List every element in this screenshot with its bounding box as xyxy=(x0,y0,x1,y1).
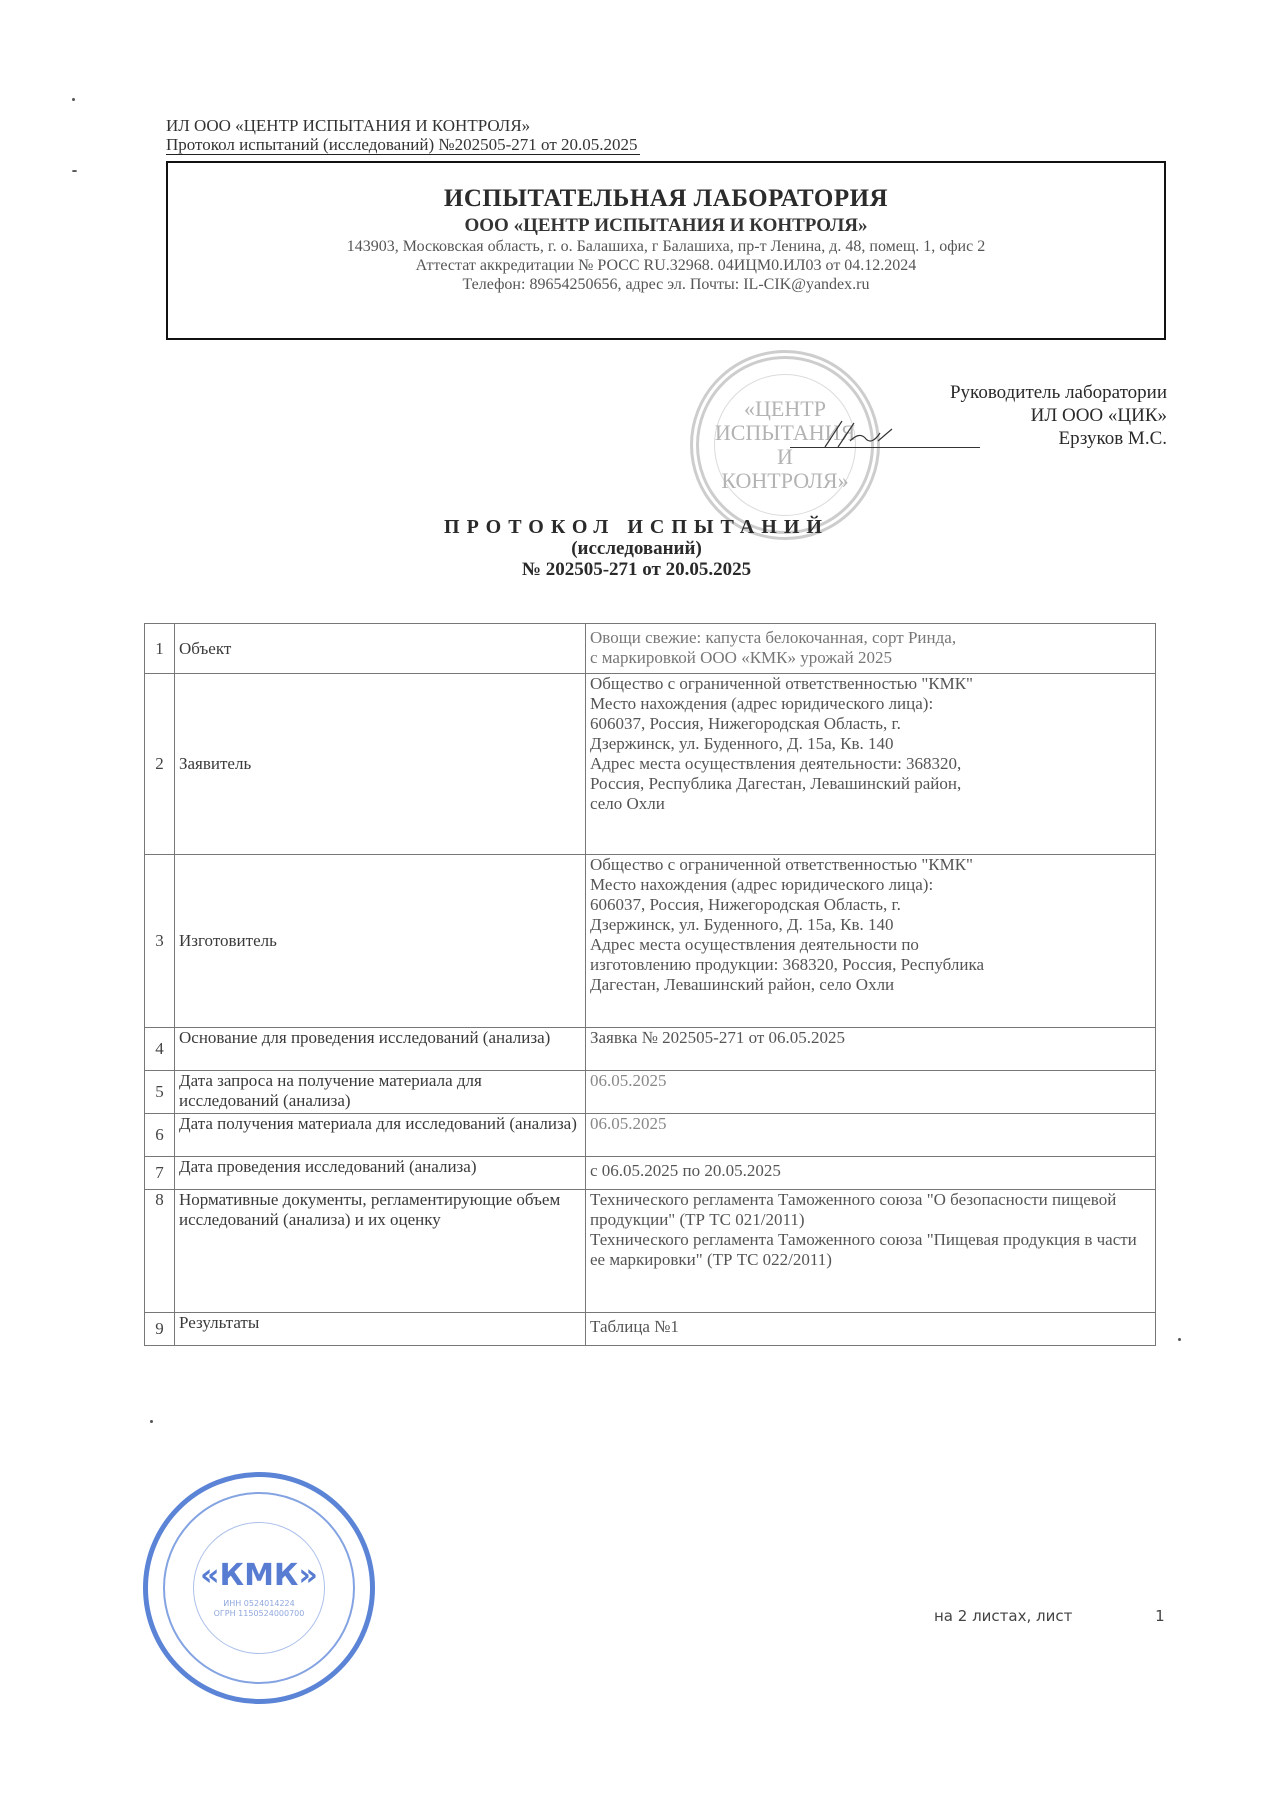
lab-accreditation: Аттестат аккредитации № РОСС RU.32968. 0… xyxy=(168,256,1164,275)
scan-speck xyxy=(72,170,77,172)
row-label: Дата запроса на получение материала для … xyxy=(175,1071,586,1114)
approver-name: Ерзуков М.С. xyxy=(950,427,1167,450)
protocol-title-block: ПРОТОКОЛ ИСПЫТАНИЙ (исследований) № 2025… xyxy=(0,516,1273,581)
row-number: 4 xyxy=(145,1028,175,1071)
table-row: 2 Заявитель Общество с ограниченной отве… xyxy=(145,674,1156,855)
row-number: 2 xyxy=(145,674,175,855)
signature-icon xyxy=(820,419,900,449)
row-value: с 06.05.2025 по 20.05.2025 xyxy=(586,1157,1156,1190)
table-row: 8 Нормативные документы, регламентирующи… xyxy=(145,1190,1156,1313)
approval-signature-block: Руководитель лаборатории ИЛ ООО «ЦИК» Ер… xyxy=(950,381,1167,450)
row-label: Дата получения материала для исследовани… xyxy=(175,1114,586,1157)
row-value: Общество с ограниченной ответственностью… xyxy=(586,674,1156,855)
row-value: Овощи свежие: капуста белокочанная, сорт… xyxy=(586,624,1156,674)
row-label: Объект xyxy=(175,624,586,674)
kmk-company-stamp: РОССИЙСКАЯ ФЕДЕРАЦИЯ • ОБЩЕСТВО С ОГРАНИ… xyxy=(143,1472,375,1704)
row-value: 06.05.2025 xyxy=(586,1071,1156,1114)
scan-speck xyxy=(1178,1338,1181,1341)
row-number: 5 xyxy=(145,1071,175,1114)
row-label: Основание для проведения исследований (а… xyxy=(175,1028,586,1071)
row-number: 6 xyxy=(145,1114,175,1157)
lab-contacts: Телефон: 89654250656, адрес эл. Почты: I… xyxy=(168,275,1164,294)
row-label: Изготовитель xyxy=(175,855,586,1028)
header-protocol-ref: Протокол испытаний (исследований) №20250… xyxy=(166,135,640,155)
row-number: 3 xyxy=(145,855,175,1028)
document-header: ИЛ ООО «ЦЕНТР ИСПЫТАНИЯ И КОНТРОЛЯ» Прот… xyxy=(166,116,640,155)
scan-speck xyxy=(150,1420,153,1423)
protocol-title: ПРОТОКОЛ ИСПЫТАНИЙ xyxy=(0,516,1273,538)
row-value: 06.05.2025 xyxy=(586,1114,1156,1157)
row-label: Нормативные документы, регламентирующие … xyxy=(175,1190,586,1313)
row-value: Общество с ограниченной ответственностью… xyxy=(586,855,1156,1028)
kmk-stamp-center: «КМК» xyxy=(200,1558,318,1593)
row-number: 9 xyxy=(145,1313,175,1346)
kmk-stamp-inn: ИНН 0524014224 xyxy=(214,1599,305,1609)
table-row: 1 Объект Овощи свежие: капуста белокочан… xyxy=(145,624,1156,674)
kmk-stamp-ogrn: ОГРН 1150524000700 xyxy=(214,1609,305,1619)
lab-stamp-line1: «ЦЕНТР xyxy=(744,397,826,421)
approver-org: ИЛ ООО «ЦИК» xyxy=(950,404,1167,427)
footer-sheets: на 2 листах, лист xyxy=(934,1607,1072,1625)
row-label: Дата проведения исследований (анализа) xyxy=(175,1157,586,1190)
table-row: 9 Результаты Таблица №1 xyxy=(145,1313,1156,1346)
protocol-details-table: 1 Объект Овощи свежие: капуста белокочан… xyxy=(144,623,1156,1346)
page-footer: на 2 листах, лист 1 xyxy=(934,1607,1165,1625)
table-row: 6 Дата получения материала для исследова… xyxy=(145,1114,1156,1157)
table-row: 7 Дата проведения исследований (анализа)… xyxy=(145,1157,1156,1190)
protocol-number: № 202505-271 от 20.05.2025 xyxy=(0,559,1273,581)
row-number: 8 xyxy=(145,1190,175,1313)
row-value: Таблица №1 xyxy=(586,1313,1156,1346)
row-label: Результаты xyxy=(175,1313,586,1346)
footer-page-number: 1 xyxy=(1155,1607,1165,1625)
table-row: 5 Дата запроса на получение материала дл… xyxy=(145,1071,1156,1114)
header-org: ИЛ ООО «ЦЕНТР ИСПЫТАНИЯ И КОНТРОЛЯ» xyxy=(166,116,640,135)
row-number: 7 xyxy=(145,1157,175,1190)
scan-speck xyxy=(72,98,75,101)
lab-address: 143903, Московская область, г. о. Балаши… xyxy=(168,237,1164,256)
table-row: 4 Основание для проведения исследований … xyxy=(145,1028,1156,1071)
table-row: 3 Изготовитель Общество с ограниченной о… xyxy=(145,855,1156,1028)
row-value: Технического регламента Таможенного союз… xyxy=(586,1190,1156,1313)
approver-position: Руководитель лаборатории xyxy=(950,381,1167,404)
row-number: 1 xyxy=(145,624,175,674)
row-value: Заявка № 202505-271 от 06.05.2025 xyxy=(586,1028,1156,1071)
laboratory-info-box: ИСПЫТАТЕЛЬНАЯ ЛАБОРАТОРИЯ ООО «ЦЕНТР ИСП… xyxy=(166,161,1166,340)
protocol-subtitle: (исследований) xyxy=(0,538,1273,559)
lab-subtitle: ООО «ЦЕНТР ИСПЫТАНИЯ И КОНТРОЛЯ» xyxy=(168,215,1164,237)
lab-stamp-line3: И КОНТРОЛЯ» xyxy=(715,445,855,493)
row-label: Заявитель xyxy=(175,674,586,855)
lab-title: ИСПЫТАТЕЛЬНАЯ ЛАБОРАТОРИЯ xyxy=(168,185,1164,213)
